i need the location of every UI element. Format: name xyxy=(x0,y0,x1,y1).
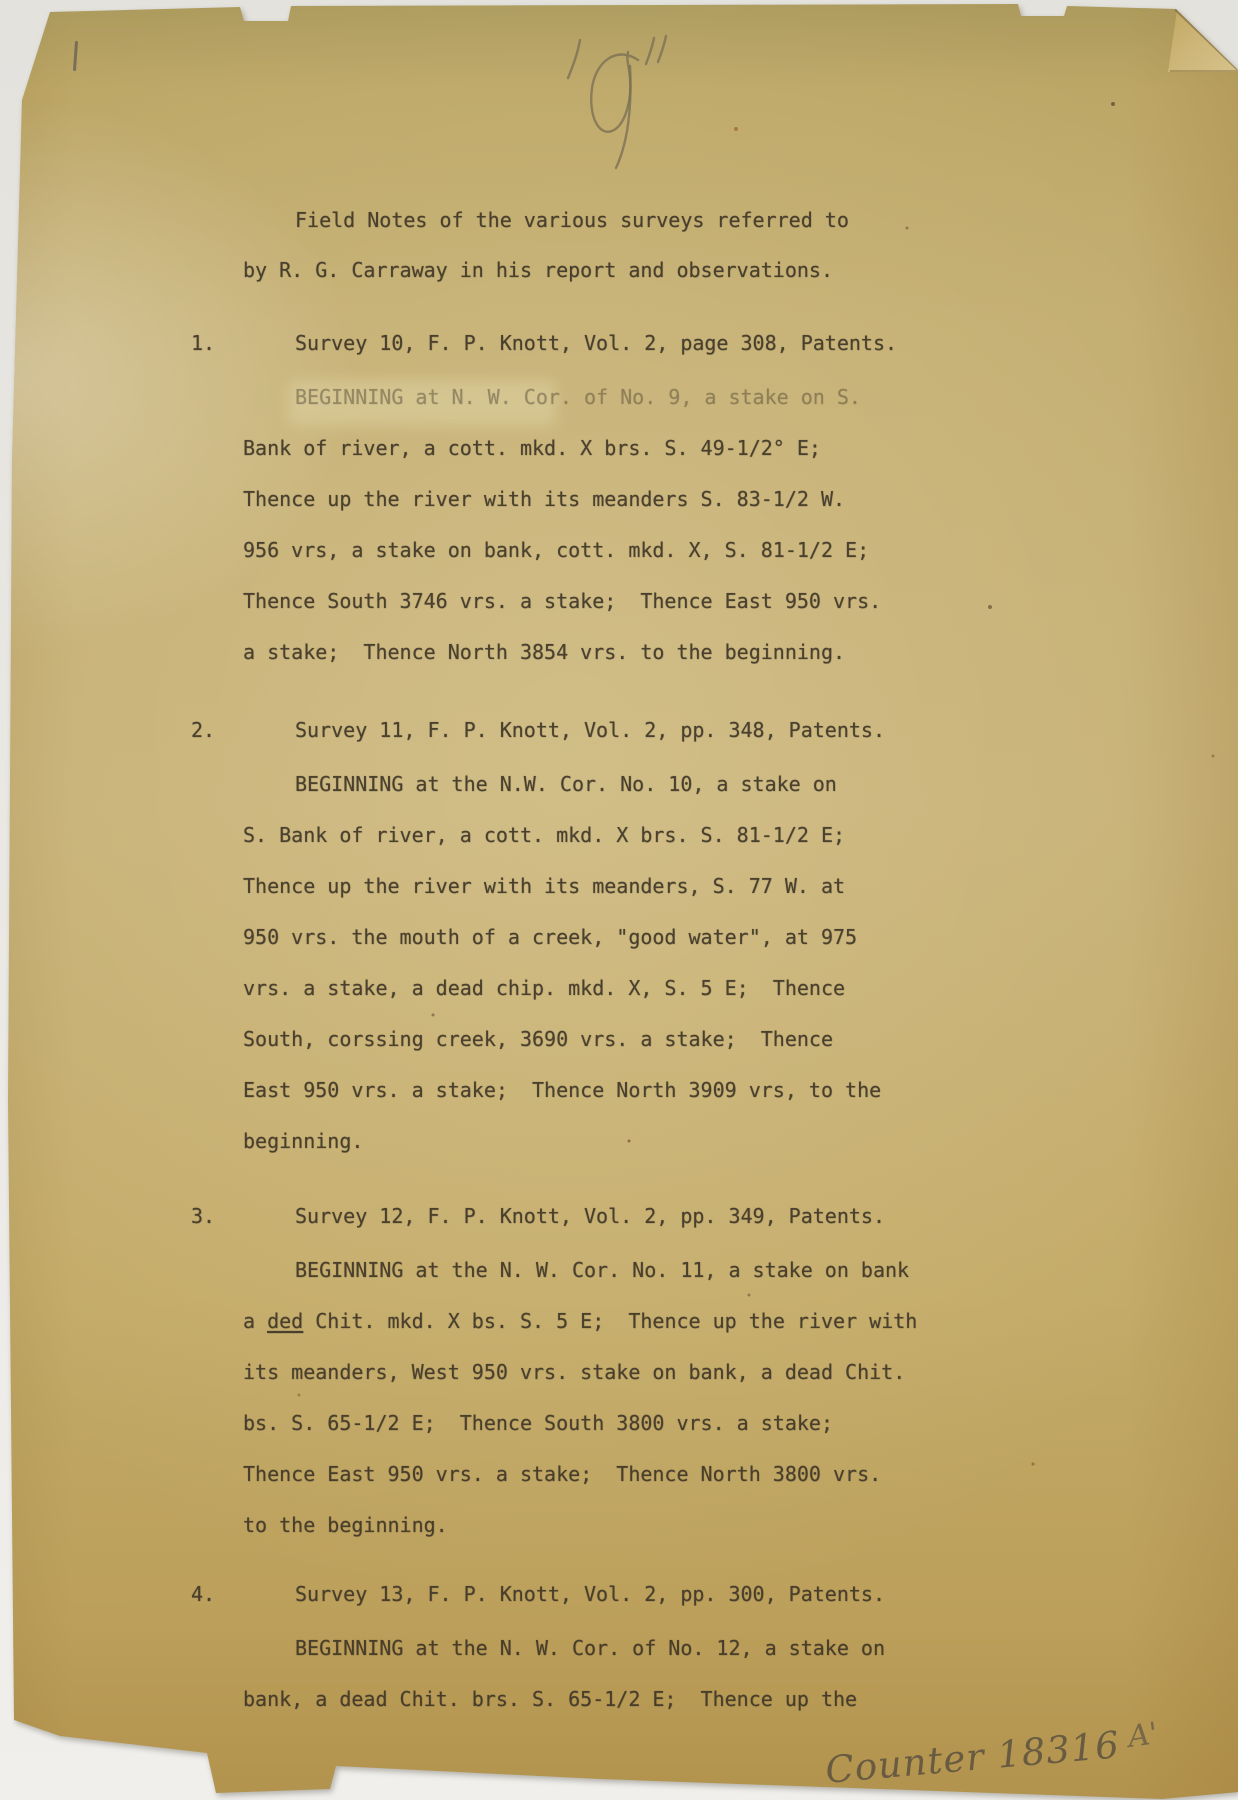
entry-line: BEGINNING at the N. W. Cor. of No. 12, a… xyxy=(295,1637,885,1659)
entry-line: a ded Chit. mkd. X bs. S. 5 E; Thence up… xyxy=(243,1310,917,1332)
paper-specks xyxy=(0,0,2,2)
entry-line: vrs. a stake, a dead chip. mkd. X, S. 5 … xyxy=(243,977,845,999)
paper-wrapper: Field Notes of the various surveys refer… xyxy=(0,0,1238,1800)
entry-number: 4. xyxy=(191,1583,215,1605)
entry-line: South, corssing creek, 3690 vrs. a stake… xyxy=(243,1028,833,1050)
entry-line: 956 vrs, a stake on bank, cott. mkd. X, … xyxy=(243,539,869,561)
corner-mark: A' xyxy=(1126,1716,1161,1755)
entry-line: East 950 vrs. a stake; Thence North 3909… xyxy=(243,1079,881,1101)
entry-line: Thence East 950 vrs. a stake; Thence Nor… xyxy=(243,1463,881,1485)
entry-number: 2. xyxy=(191,719,215,741)
entry-line: to the beginning. xyxy=(243,1514,448,1536)
entry-line: Thence up the river with its meanders, S… xyxy=(243,875,845,897)
entry-line: 950 vrs. the mouth of a creek, "good wat… xyxy=(243,926,857,948)
entry-line: beginning. xyxy=(243,1130,363,1152)
entry-line: Thence up the river with its meanders S.… xyxy=(243,488,845,510)
entry-line: BEGINNING at N. W. Cor. of No. 9, a stak… xyxy=(295,386,861,408)
entry-number: 3. xyxy=(191,1205,215,1227)
entry-line: BEGINNING at the N. W. Cor. No. 11, a st… xyxy=(295,1259,909,1281)
entry-line: bank, a dead Chit. brs. S. 65-1/2 E; The… xyxy=(243,1688,857,1710)
underlined-word: ded xyxy=(267,1309,303,1333)
entry-heading: Survey 13, F. P. Knott, Vol. 2, pp. 300,… xyxy=(295,1583,885,1605)
page-tick-mark xyxy=(73,41,78,71)
entry-number: 1. xyxy=(191,332,215,354)
entry-line: BEGINNING at the N.W. Cor. No. 10, a sta… xyxy=(295,773,837,795)
title-line-2: by R. G. Carraway in his report and obse… xyxy=(243,259,833,281)
entry-line: its meanders, West 950 vrs. stake on ban… xyxy=(243,1361,905,1383)
counter-annotation: Counter 18316 xyxy=(824,1723,1122,1792)
exhibit-a-mark xyxy=(552,26,682,186)
entry-heading: Survey 12, F. P. Knott, Vol. 2, pp. 349,… xyxy=(295,1205,885,1227)
title-line-1: Field Notes of the various surveys refer… xyxy=(295,209,849,231)
entry-line: a stake; Thence North 3854 vrs. to the b… xyxy=(243,641,845,663)
entry-line: bs. S. 65-1/2 E; Thence South 3800 vrs. … xyxy=(243,1412,833,1434)
entry-line: Thence South 3746 vrs. a stake; Thence E… xyxy=(243,590,881,612)
paper: Field Notes of the various surveys refer… xyxy=(0,0,1238,1800)
fold-crease-line xyxy=(1170,70,1238,72)
entry-heading: Survey 11, F. P. Knott, Vol. 2, pp. 348,… xyxy=(295,719,885,741)
entry-heading: Survey 10, F. P. Knott, Vol. 2, page 308… xyxy=(295,332,897,354)
entry-line: S. Bank of river, a cott. mkd. X brs. S.… xyxy=(243,824,845,846)
entry-line: Bank of river, a cott. mkd. X brs. S. 49… xyxy=(243,437,821,459)
scan-background: Field Notes of the various surveys refer… xyxy=(0,0,1238,1800)
